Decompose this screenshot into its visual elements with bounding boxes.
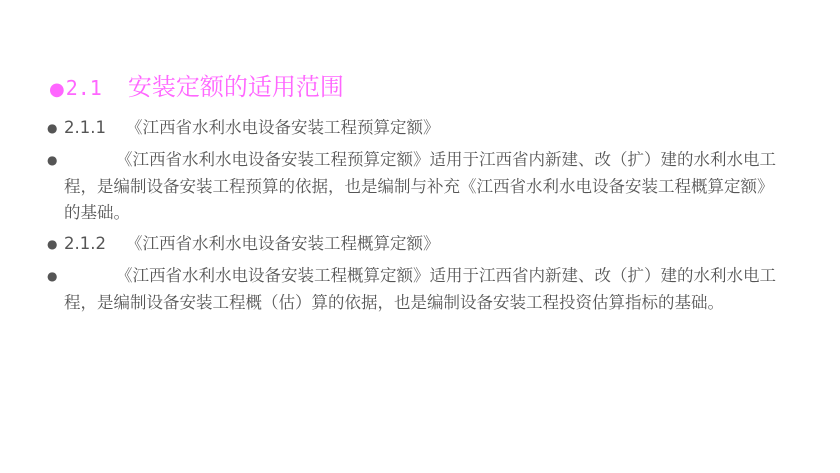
section-title: ●2.1安装定额的适用范围: [49, 72, 344, 105]
paragraph-budget-quota: ● 《江西省水利水电设备安装工程预算定额》适用于江西省内新建、改（扩）建的水利水…: [47, 147, 787, 227]
bullet-icon: ●: [47, 147, 57, 174]
subsection-number: 2.1.1: [64, 118, 106, 137]
bullet-icon: ●: [47, 231, 64, 257]
paragraph-text: 《江西省水利水电设备安装工程预算定额》适用于江西省内新建、改（扩）建的水利水电工…: [64, 147, 787, 227]
subsection-title: 《江西省水利水电设备安装工程概算定额》: [126, 234, 440, 253]
paragraph-estimate-quota: ● 《江西省水利水电设备安装工程概算定额》适用于江西省内新建、改（扩）建的水利水…: [47, 263, 787, 316]
slide: ●2.1安装定额的适用范围 ●2.1.1《江西省水利水电设备安装工程预算定额》 …: [0, 0, 840, 473]
subsection-heading-2-1-2: ●2.1.2《江西省水利水电设备安装工程概算定额》: [47, 231, 439, 257]
subsection-title: 《江西省水利水电设备安装工程预算定额》: [126, 118, 440, 137]
subsection-number: 2.1.2: [64, 234, 106, 253]
section-title-text: 安装定额的适用范围: [128, 73, 344, 101]
title-bullet-icon: ●: [49, 79, 65, 100]
section-number: 2.1: [66, 76, 102, 100]
paragraph-text: 《江西省水利水电设备安装工程概算定额》适用于江西省内新建、改（扩）建的水利水电工…: [64, 263, 787, 316]
bullet-icon: ●: [47, 263, 57, 290]
subsection-heading-2-1-1: ●2.1.1《江西省水利水电设备安装工程预算定额》: [47, 115, 439, 141]
bullet-icon: ●: [47, 115, 64, 141]
